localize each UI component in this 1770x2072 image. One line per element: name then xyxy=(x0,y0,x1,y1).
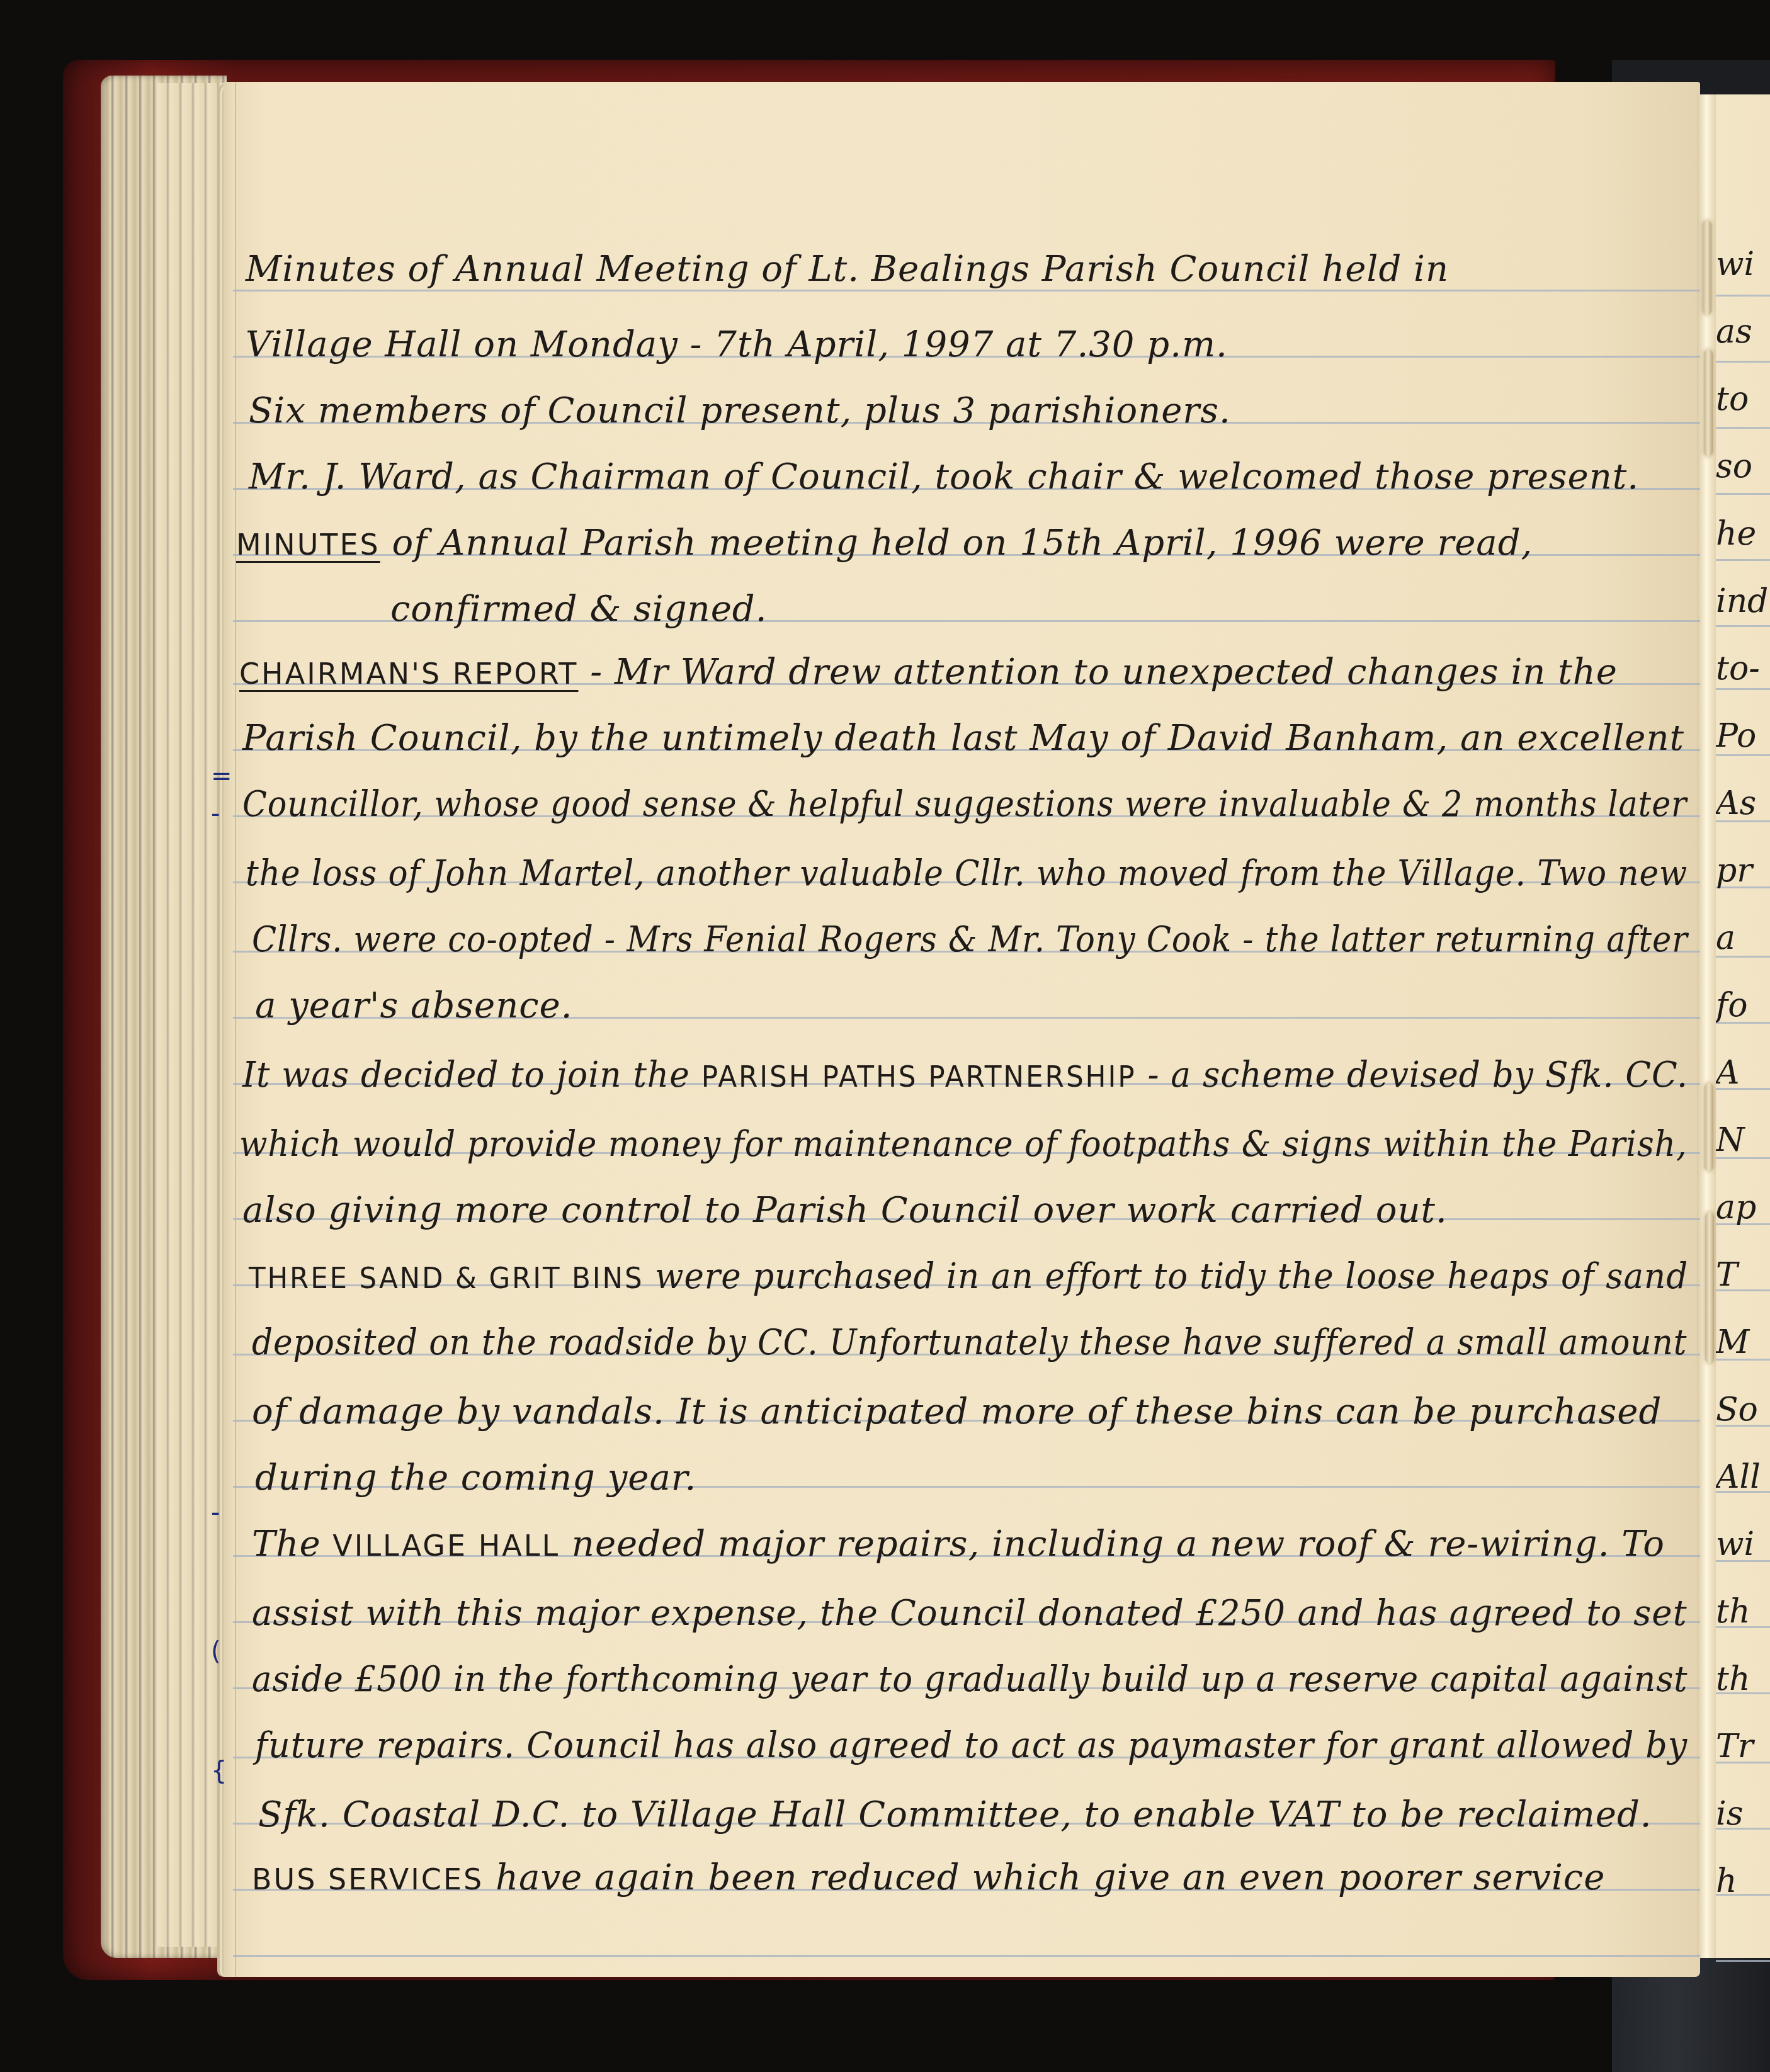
next-page-fragment: is xyxy=(1716,1795,1770,1833)
next-page-fragment: All xyxy=(1716,1458,1770,1496)
line-text: Cllrs. were co-opted - Mrs Fenial Rogers… xyxy=(252,919,1688,960)
next-page-fragment: ind xyxy=(1716,582,1770,620)
ruled-line-next-page xyxy=(1716,625,1770,627)
binding-stitch xyxy=(1704,349,1713,456)
line-text: were purchased in an effort to tidy the … xyxy=(644,1256,1688,1297)
handwritten-line: assist with this major expense, the Coun… xyxy=(252,1593,1688,1634)
ruled-line-next-page xyxy=(1716,1960,1770,1962)
handwritten-line: which would provide money for maintenanc… xyxy=(239,1124,1688,1165)
handwritten-line: aside £500 in the forthcoming year to gr… xyxy=(252,1659,1688,1700)
line-text: of Annual Parish meeting held on 15th Ap… xyxy=(380,523,1533,563)
line-text: deposited on the roadside by CC. Unfortu… xyxy=(252,1322,1688,1363)
section-heading: CHAIRMAN'S REPORT xyxy=(239,657,578,691)
ruled-line-next-page xyxy=(1716,559,1770,561)
line-text: which would provide money for maintenanc… xyxy=(239,1124,1688,1165)
line-text: also giving more control to Parish Counc… xyxy=(242,1190,1448,1231)
page-edges-inner xyxy=(157,83,233,1947)
handwritten-line: MINUTES of Annual Parish meeting held on… xyxy=(236,523,1533,563)
capitalised-subject: VILLAGE HALL xyxy=(332,1529,560,1563)
handwritten-line: THREE SAND & GRIT BINS were purchased in… xyxy=(249,1256,1688,1297)
next-page-fragment: N xyxy=(1716,1121,1770,1159)
handwritten-line: a year's absence. xyxy=(255,985,573,1026)
handwritten-line: Councillor, whose good sense & helpful s… xyxy=(242,784,1687,825)
handwritten-line: Mr. J. Ward, as Chairman of Council, too… xyxy=(249,456,1639,497)
next-page-fragment: Tr xyxy=(1716,1728,1770,1765)
ruled-line-next-page xyxy=(1716,361,1770,363)
binding-stitch xyxy=(1705,1083,1713,1171)
margin-mark: { xyxy=(211,1757,227,1786)
ruled-line-next-page xyxy=(1716,688,1770,690)
ruled-line-next-page xyxy=(1716,295,1770,297)
handwritten-line: The VILLAGE HALL needed major repairs, i… xyxy=(252,1524,1665,1565)
handwritten-line: the loss of John Martel, another valuabl… xyxy=(246,853,1688,894)
capitalised-subject: PARISH PATHS PARTNERSHIP xyxy=(701,1060,1137,1094)
handwritten-line: CHAIRMAN'S REPORT - Mr Ward drew attenti… xyxy=(239,652,1618,693)
next-page-fragment: A xyxy=(1716,1054,1770,1092)
ruled-line-next-page xyxy=(1716,493,1770,495)
next-page-fragment: pr xyxy=(1716,852,1770,890)
handwritten-line: It was decided to join the PARISH PATHS … xyxy=(242,1055,1688,1095)
margin-mark: - xyxy=(211,800,220,829)
line-text: - a scheme devised by Sfk. CC. xyxy=(1136,1055,1688,1095)
next-page-fragment: Po xyxy=(1716,717,1770,755)
line-text: - Mr Ward drew attention to unexpected c… xyxy=(578,652,1617,693)
next-page-fragment: to xyxy=(1716,380,1770,418)
margin-mark: = xyxy=(211,762,232,791)
line-text: needed major repairs, including a new ro… xyxy=(560,1524,1665,1565)
margin-mark: - xyxy=(211,1498,220,1527)
next-page-fragment: As xyxy=(1716,784,1770,822)
line-text: Parish Council, by the untimely death la… xyxy=(242,718,1684,759)
handwritten-line: Cllrs. were co-opted - Mrs Fenial Rogers… xyxy=(252,919,1688,960)
handwritten-line: BUS SERVICES have again been reduced whi… xyxy=(252,1857,1605,1898)
handwritten-line: future repairs. Council has also agreed … xyxy=(255,1725,1688,1766)
line-text: the loss of John Martel, another valuabl… xyxy=(246,853,1688,894)
line-text: of damage by vandals. It is anticipated … xyxy=(252,1391,1662,1432)
next-page-fragment: wi xyxy=(1716,1526,1770,1563)
line-text: confirmed & signed. xyxy=(390,589,767,630)
handwritten-line: deposited on the roadside by CC. Unfortu… xyxy=(252,1322,1688,1363)
handwritten-line: Village Hall on Monday - 7th April, 1997… xyxy=(246,324,1228,365)
ruled-line xyxy=(233,290,1700,292)
next-page-fragment: So xyxy=(1716,1391,1770,1429)
ruled-line-next-page xyxy=(1716,427,1770,429)
handwritten-line: Six members of Council present, plus 3 p… xyxy=(249,390,1231,431)
line-text: Minutes of Annual Meeting of Lt. Bealing… xyxy=(246,249,1449,290)
handwritten-line: Minutes of Annual Meeting of Lt. Bealing… xyxy=(246,249,1449,290)
section-heading: MINUTES xyxy=(236,528,380,562)
line-text: Sfk. Coastal D.C. to Village Hall Commit… xyxy=(258,1794,1652,1835)
handwritten-line: during the coming year. xyxy=(255,1458,696,1498)
binding-stitch xyxy=(1703,220,1711,315)
handwritten-line: Parish Council, by the untimely death la… xyxy=(242,718,1684,759)
next-page-fragment: h xyxy=(1716,1862,1770,1900)
margin-mark: ( xyxy=(211,1637,221,1666)
line-text: Six members of Council present, plus 3 p… xyxy=(249,390,1231,431)
next-page-fragment: as xyxy=(1716,313,1770,351)
next-page-fragment: wi xyxy=(1716,246,1770,283)
next-page-fragment: th xyxy=(1716,1593,1770,1631)
line-text: have again been reduced which give an ev… xyxy=(484,1857,1605,1898)
next-page-fragment: a xyxy=(1716,919,1770,957)
capitalised-subject: THREE SAND & GRIT BINS xyxy=(249,1261,644,1295)
next-page-fragment: so xyxy=(1716,448,1770,485)
line-text: a year's absence. xyxy=(255,985,573,1026)
line-text: Village Hall on Monday - 7th April, 1997… xyxy=(246,324,1228,365)
next-page-fragment: th xyxy=(1716,1660,1770,1698)
handwritten-line: also giving more control to Parish Counc… xyxy=(242,1190,1448,1231)
line-text: aside £500 in the forthcoming year to gr… xyxy=(252,1659,1688,1700)
ruled-line xyxy=(233,1955,1700,1957)
line-text: future repairs. Council has also agreed … xyxy=(255,1725,1688,1766)
handwritten-line: confirmed & signed. xyxy=(390,589,767,630)
next-page-fragment: T xyxy=(1716,1256,1770,1294)
handwritten-line: of damage by vandals. It is anticipated … xyxy=(252,1391,1662,1432)
next-page-fragment: ap xyxy=(1716,1189,1770,1226)
line-text: The xyxy=(252,1524,332,1565)
next-page-fragment: to- xyxy=(1716,650,1770,688)
line-text: It was decided to join the xyxy=(242,1055,701,1095)
line-text: during the coming year. xyxy=(255,1458,696,1498)
line-text: assist with this major expense, the Coun… xyxy=(252,1593,1688,1634)
next-page-fragment: fo xyxy=(1716,987,1770,1024)
next-page-fragment: M xyxy=(1716,1323,1770,1361)
line-text: Mr. J. Ward, as Chairman of Council, too… xyxy=(249,456,1639,497)
page-margin-edge xyxy=(224,82,236,1977)
capitalised-subject: BUS SERVICES xyxy=(252,1862,484,1896)
next-page-fragment: he xyxy=(1716,515,1770,553)
binding-stitch xyxy=(1705,1212,1714,1363)
line-text: Councillor, whose good sense & helpful s… xyxy=(242,784,1687,825)
handwritten-line: Sfk. Coastal D.C. to Village Hall Commit… xyxy=(258,1794,1652,1835)
